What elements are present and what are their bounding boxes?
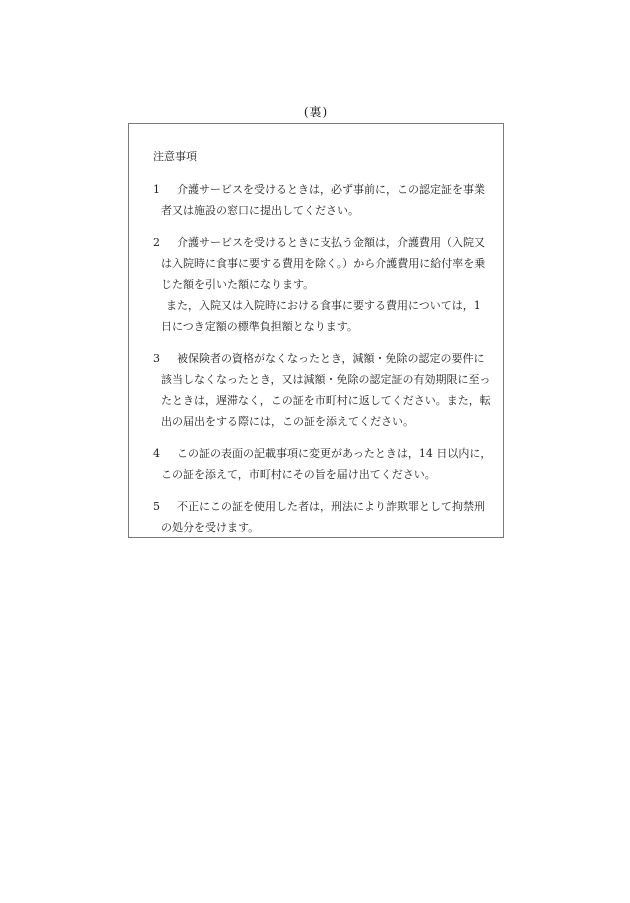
item-text: この証の表面の記載事項に変更があったときは，14 日以内に，この証を添えて，市町… (161, 447, 491, 481)
item-number: 5 (153, 496, 177, 517)
item-number: 3 (153, 348, 177, 369)
notice-item-paragraph: 2介護サービスを受けるときに支払う金額は，介護費用（入院又は入院時に食事に要する… (161, 232, 495, 295)
item-text: 介護サービスを受けるときに支払う金額は，介護費用（入院又は入院時に食事に要する費… (161, 236, 485, 291)
notice-item-paragraph: 5不正にこの証を使用した者は，刑法により詐欺罪として拘禁刑の処分を受けます。 (161, 496, 495, 538)
notice-item-paragraph: 1介護サービスを受けるときは，必ず事前に，この認定証を事業者又は施設の窓口に提出… (161, 179, 495, 221)
notice-item-2: 2介護サービスを受けるときに支払う金額は，介護費用（入院又は入院時に食事に要する… (153, 232, 495, 337)
item-number: 1 (153, 179, 177, 200)
item-text: 介護サービスを受けるときは，必ず事前に，この認定証を事業者又は施設の窓口に提出し… (161, 183, 485, 217)
notice-card: 注意事項 1介護サービスを受けるときは，必ず事前に，この認定証を事業者又は施設の… (128, 123, 504, 538)
notice-title: 注意事項 (153, 146, 495, 167)
document-page: { "page_label": "(裏)", "notice": { "titl… (0, 0, 630, 903)
notice-item-paragraph: また，入院又は入院時における食事に要する費用については，1 日につき定額の標準負… (161, 295, 495, 337)
notice-item-paragraph: 3被保険者の資格がなくなったとき，減額・免除の認定の要件に該当しなくなったとき，… (161, 348, 495, 432)
notice-item-5: 5不正にこの証を使用した者は，刑法により詐欺罪として拘禁刑の処分を受けます。 (153, 496, 495, 538)
item-number: 2 (153, 232, 177, 253)
notice-item-paragraph: 4この証の表面の記載事項に変更があったときは，14 日以内に，この証を添えて，市… (161, 443, 495, 485)
notice-item-4: 4この証の表面の記載事項に変更があったときは，14 日以内に，この証を添えて，市… (153, 443, 495, 485)
notice-item-3: 3被保険者の資格がなくなったとき，減額・免除の認定の要件に該当しなくなったとき，… (153, 348, 495, 432)
item-text: 不正にこの証を使用した者は，刑法により詐欺罪として拘禁刑の処分を受けます。 (161, 500, 485, 534)
item-number: 4 (153, 443, 177, 464)
item-text: 被保険者の資格がなくなったとき，減額・免除の認定の要件に該当しなくなったとき，又… (161, 352, 491, 428)
page-side-label: (裏) (128, 102, 504, 123)
notice-item-1: 1介護サービスを受けるときは，必ず事前に，この認定証を事業者又は施設の窓口に提出… (153, 179, 495, 221)
